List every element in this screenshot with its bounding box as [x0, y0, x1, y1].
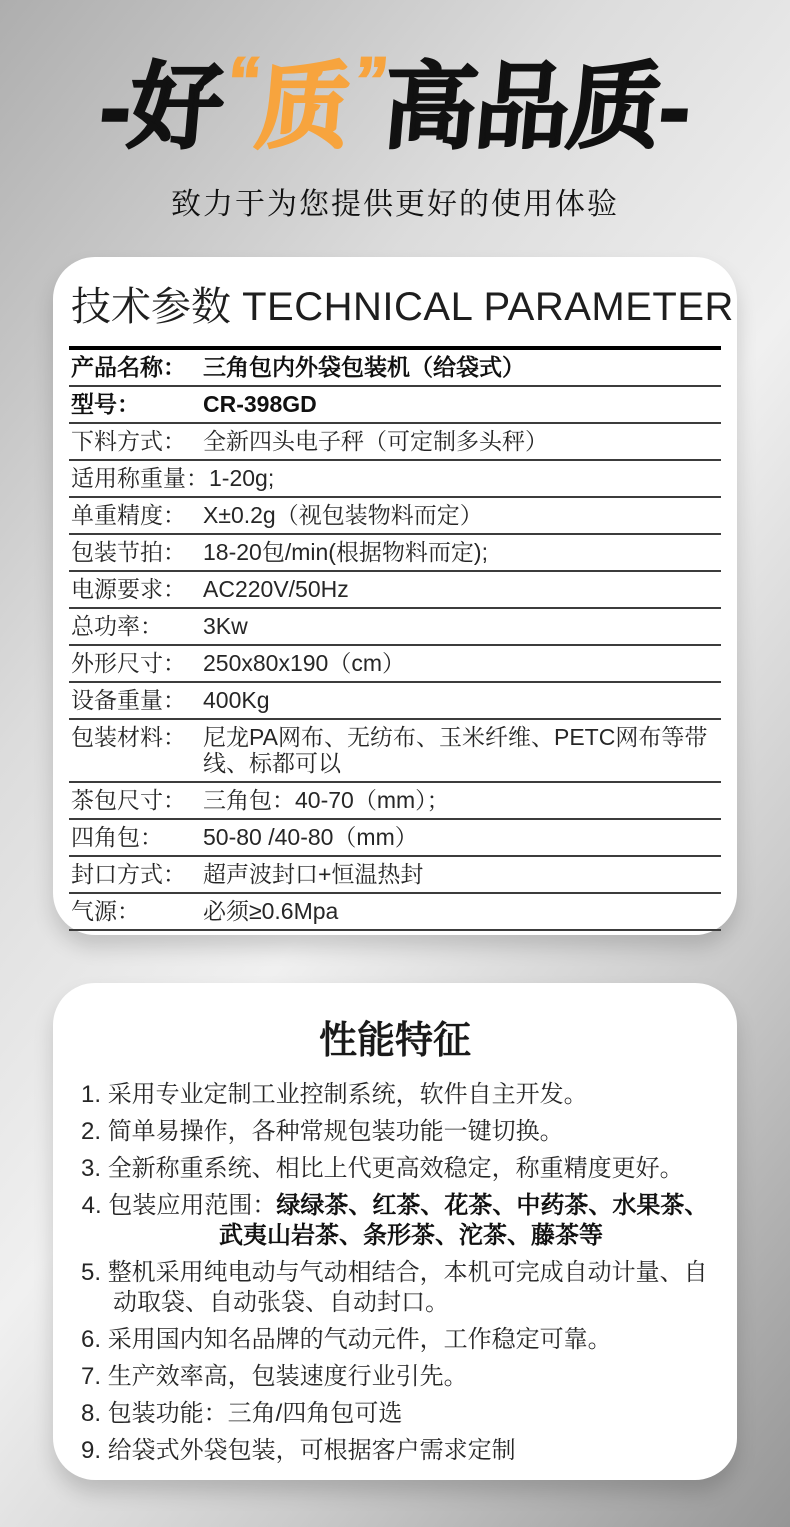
tech-section-title: 技术参数 TECHNICAL PARAMETER [69, 275, 721, 332]
performance-features-card: 性能特征 1. 采用专业定制工业控制系统，软件自主开发。 2. 简单易操作，各种… [53, 983, 737, 1480]
spec-label: 包装材料： [71, 724, 203, 750]
feature-item: 5. 整机采用纯电动与气动相结合，本机可完成自动计量、自动取袋、自动张袋、自动封… [81, 1258, 709, 1318]
features-list: 1. 采用专业定制工业控制系统，软件自主开发。 2. 简单易操作，各种常规包装功… [81, 1080, 709, 1466]
spec-label: 产品名称： [71, 354, 203, 380]
hero-title-suffix: 高品质- [379, 54, 693, 159]
spec-row-teabag-size: 茶包尺寸： 三角包：40-70（mm）； [69, 783, 721, 820]
feature-item: 8. 包装功能：三角/四角包可选 [81, 1399, 709, 1429]
open-quote-mark: “ [225, 43, 258, 117]
close-quote-mark: ” [352, 43, 385, 117]
spec-row-air-source: 气源： 必须≥0.6Mpa [69, 894, 721, 931]
product-promo-page: -好“质”高品质- 致力于为您提供更好的使用体验 技术参数 TECHNICAL … [0, 0, 790, 1480]
feature-number: 9. [81, 1437, 101, 1464]
spec-row-packing-material: 包装材料： 尼龙PA网布、无纺布、玉米纤维、PETC网布等带线、标都可以 [69, 720, 721, 783]
feature-text: 全新称重系统、相比上代更高效稳定，称重精度更好。 [108, 1155, 684, 1182]
spec-row-product-name: 产品名称： 三角包内外袋包装机（给袋式） [69, 346, 721, 387]
feature-item: 3. 全新称重系统、相比上代更高效稳定，称重精度更好。 [81, 1154, 709, 1184]
spec-value: 50-80 /40-80（mm） [203, 824, 719, 850]
spec-value: 全新四头电子秤（可定制多头秤） [203, 428, 719, 454]
technical-parameter-card: 技术参数 TECHNICAL PARAMETER 产品名称： 三角包内外袋包装机… [53, 257, 737, 935]
feature-number: 7. [81, 1363, 101, 1390]
spec-value: AC220V/50Hz [203, 576, 719, 602]
feature-number: 1. [81, 1081, 101, 1108]
spec-label: 气源： [71, 898, 203, 924]
spec-label: 适用称重量： [71, 465, 209, 491]
feature-item: 9. 给袋式外袋包装，可根据客户需求定制 [81, 1436, 709, 1466]
spec-value: 必须≥0.6Mpa [203, 898, 719, 924]
spec-value: 三角包内外袋包装机（给袋式） [203, 354, 719, 380]
feature-number: 4. [82, 1192, 102, 1219]
tech-title-cn: 技术参数 [71, 285, 231, 329]
feature-item: 7. 生产效率高，包装速度行业引先。 [81, 1362, 709, 1392]
spec-row-packing-speed: 包装节拍： 18-20包/min(根据物料而定); [69, 535, 721, 572]
feature-item: 2. 简单易操作，各种常规包装功能一键切换。 [81, 1117, 709, 1147]
spec-value: 400Kg [203, 687, 719, 713]
spec-value: X±0.2g（视包装物料而定） [203, 502, 719, 528]
feature-item-application-range: 4. 包装应用范围：绿绿茶、红茶、花茶、中药茶、水果茶、武夷山岩茶、条形茶、沱茶… [81, 1191, 709, 1251]
spec-row-feeding-method: 下料方式： 全新四头电子秤（可定制多头秤） [69, 424, 721, 461]
spec-label: 封口方式： [71, 861, 203, 887]
tech-title-en: TECHNICAL PARAMETER [242, 285, 734, 329]
spec-row-model: 型号： CR-398GD [69, 387, 721, 424]
spec-label: 电源要求： [71, 576, 203, 602]
feature-text: 给袋式外袋包装，可根据客户需求定制 [108, 1437, 516, 1464]
spec-row-machine-weight: 设备重量： 400Kg [69, 683, 721, 720]
feature-item: 1. 采用专业定制工业控制系统，软件自主开发。 [81, 1080, 709, 1110]
spec-row-sealing-method: 封口方式： 超声波封口+恒温热封 [69, 857, 721, 894]
spec-label: 外形尺寸： [71, 650, 203, 676]
spec-row-dimensions: 外形尺寸： 250x80x190（cm） [69, 646, 721, 683]
spec-row-weighing-range: 适用称重量： 1-20g; [69, 461, 721, 498]
feature-text: 生产效率高，包装速度行业引先。 [108, 1363, 468, 1390]
feature-number: 3. [81, 1155, 101, 1182]
spec-label: 包装节拍： [71, 539, 203, 565]
spec-row-weight-accuracy: 单重精度： X±0.2g（视包装物料而定） [69, 498, 721, 535]
spec-table: 产品名称： 三角包内外袋包装机（给袋式） 型号： CR-398GD 下料方式： … [69, 346, 721, 931]
spec-label: 总功率： [71, 613, 203, 639]
feature-text: 包装应用范围： [108, 1192, 276, 1219]
hero-title: -好“质”高品质- [0, 44, 790, 159]
hero-section: -好“质”高品质- 致力于为您提供更好的使用体验 [0, 0, 790, 223]
hero-title-prefix: -好 [96, 54, 226, 159]
spec-row-total-power: 总功率： 3Kw [69, 609, 721, 646]
spec-value: CR-398GD [203, 391, 719, 417]
feature-text: 简单易操作，各种常规包装功能一键切换。 [108, 1118, 564, 1145]
spec-value: 250x80x190（cm） [203, 650, 719, 676]
spec-label: 茶包尺寸： [71, 787, 203, 813]
feature-text-bold: 绿绿茶、红茶、花茶、中药茶、水果茶、武夷山岩茶、条形茶、沱茶、藤茶等 [219, 1192, 708, 1249]
features-section-title: 性能特征 [81, 1009, 709, 1064]
hero-highlight-char: 质 [252, 54, 353, 159]
feature-item: 6. 采用国内知名品牌的气动元件，工作稳定可靠。 [81, 1325, 709, 1355]
spec-value: 超声波封口+恒温热封 [203, 861, 719, 887]
spec-value: 1-20g; [209, 465, 719, 491]
spec-value: 三角包：40-70（mm）； [203, 787, 719, 813]
feature-number: 5. [81, 1259, 101, 1286]
hero-subtitle: 致力于为您提供更好的使用体验 [0, 179, 790, 223]
spec-value: 18-20包/min(根据物料而定); [203, 539, 719, 565]
feature-number: 2. [81, 1118, 101, 1145]
feature-text: 整机采用纯电动与气动相结合，本机可完成自动计量、自动取袋、自动张袋、自动封口。 [108, 1259, 708, 1316]
spec-row-square-bag: 四角包： 50-80 /40-80（mm） [69, 820, 721, 857]
spec-label: 设备重量： [71, 687, 203, 713]
feature-text: 包装功能：三角/四角包可选 [108, 1400, 403, 1427]
spec-label: 四角包： [71, 824, 203, 850]
spec-row-power-supply: 电源要求： AC220V/50Hz [69, 572, 721, 609]
feature-number: 6. [81, 1326, 101, 1353]
feature-text: 采用国内知名品牌的气动元件，工作稳定可靠。 [108, 1326, 612, 1353]
spec-label: 下料方式： [71, 428, 203, 454]
feature-text: 采用专业定制工业控制系统，软件自主开发。 [108, 1081, 588, 1108]
feature-number: 8. [81, 1400, 101, 1427]
spec-value: 尼龙PA网布、无纺布、玉米纤维、PETC网布等带线、标都可以 [203, 724, 719, 776]
spec-label: 单重精度： [71, 502, 203, 528]
spec-value: 3Kw [203, 613, 719, 639]
spec-label: 型号： [71, 391, 203, 417]
